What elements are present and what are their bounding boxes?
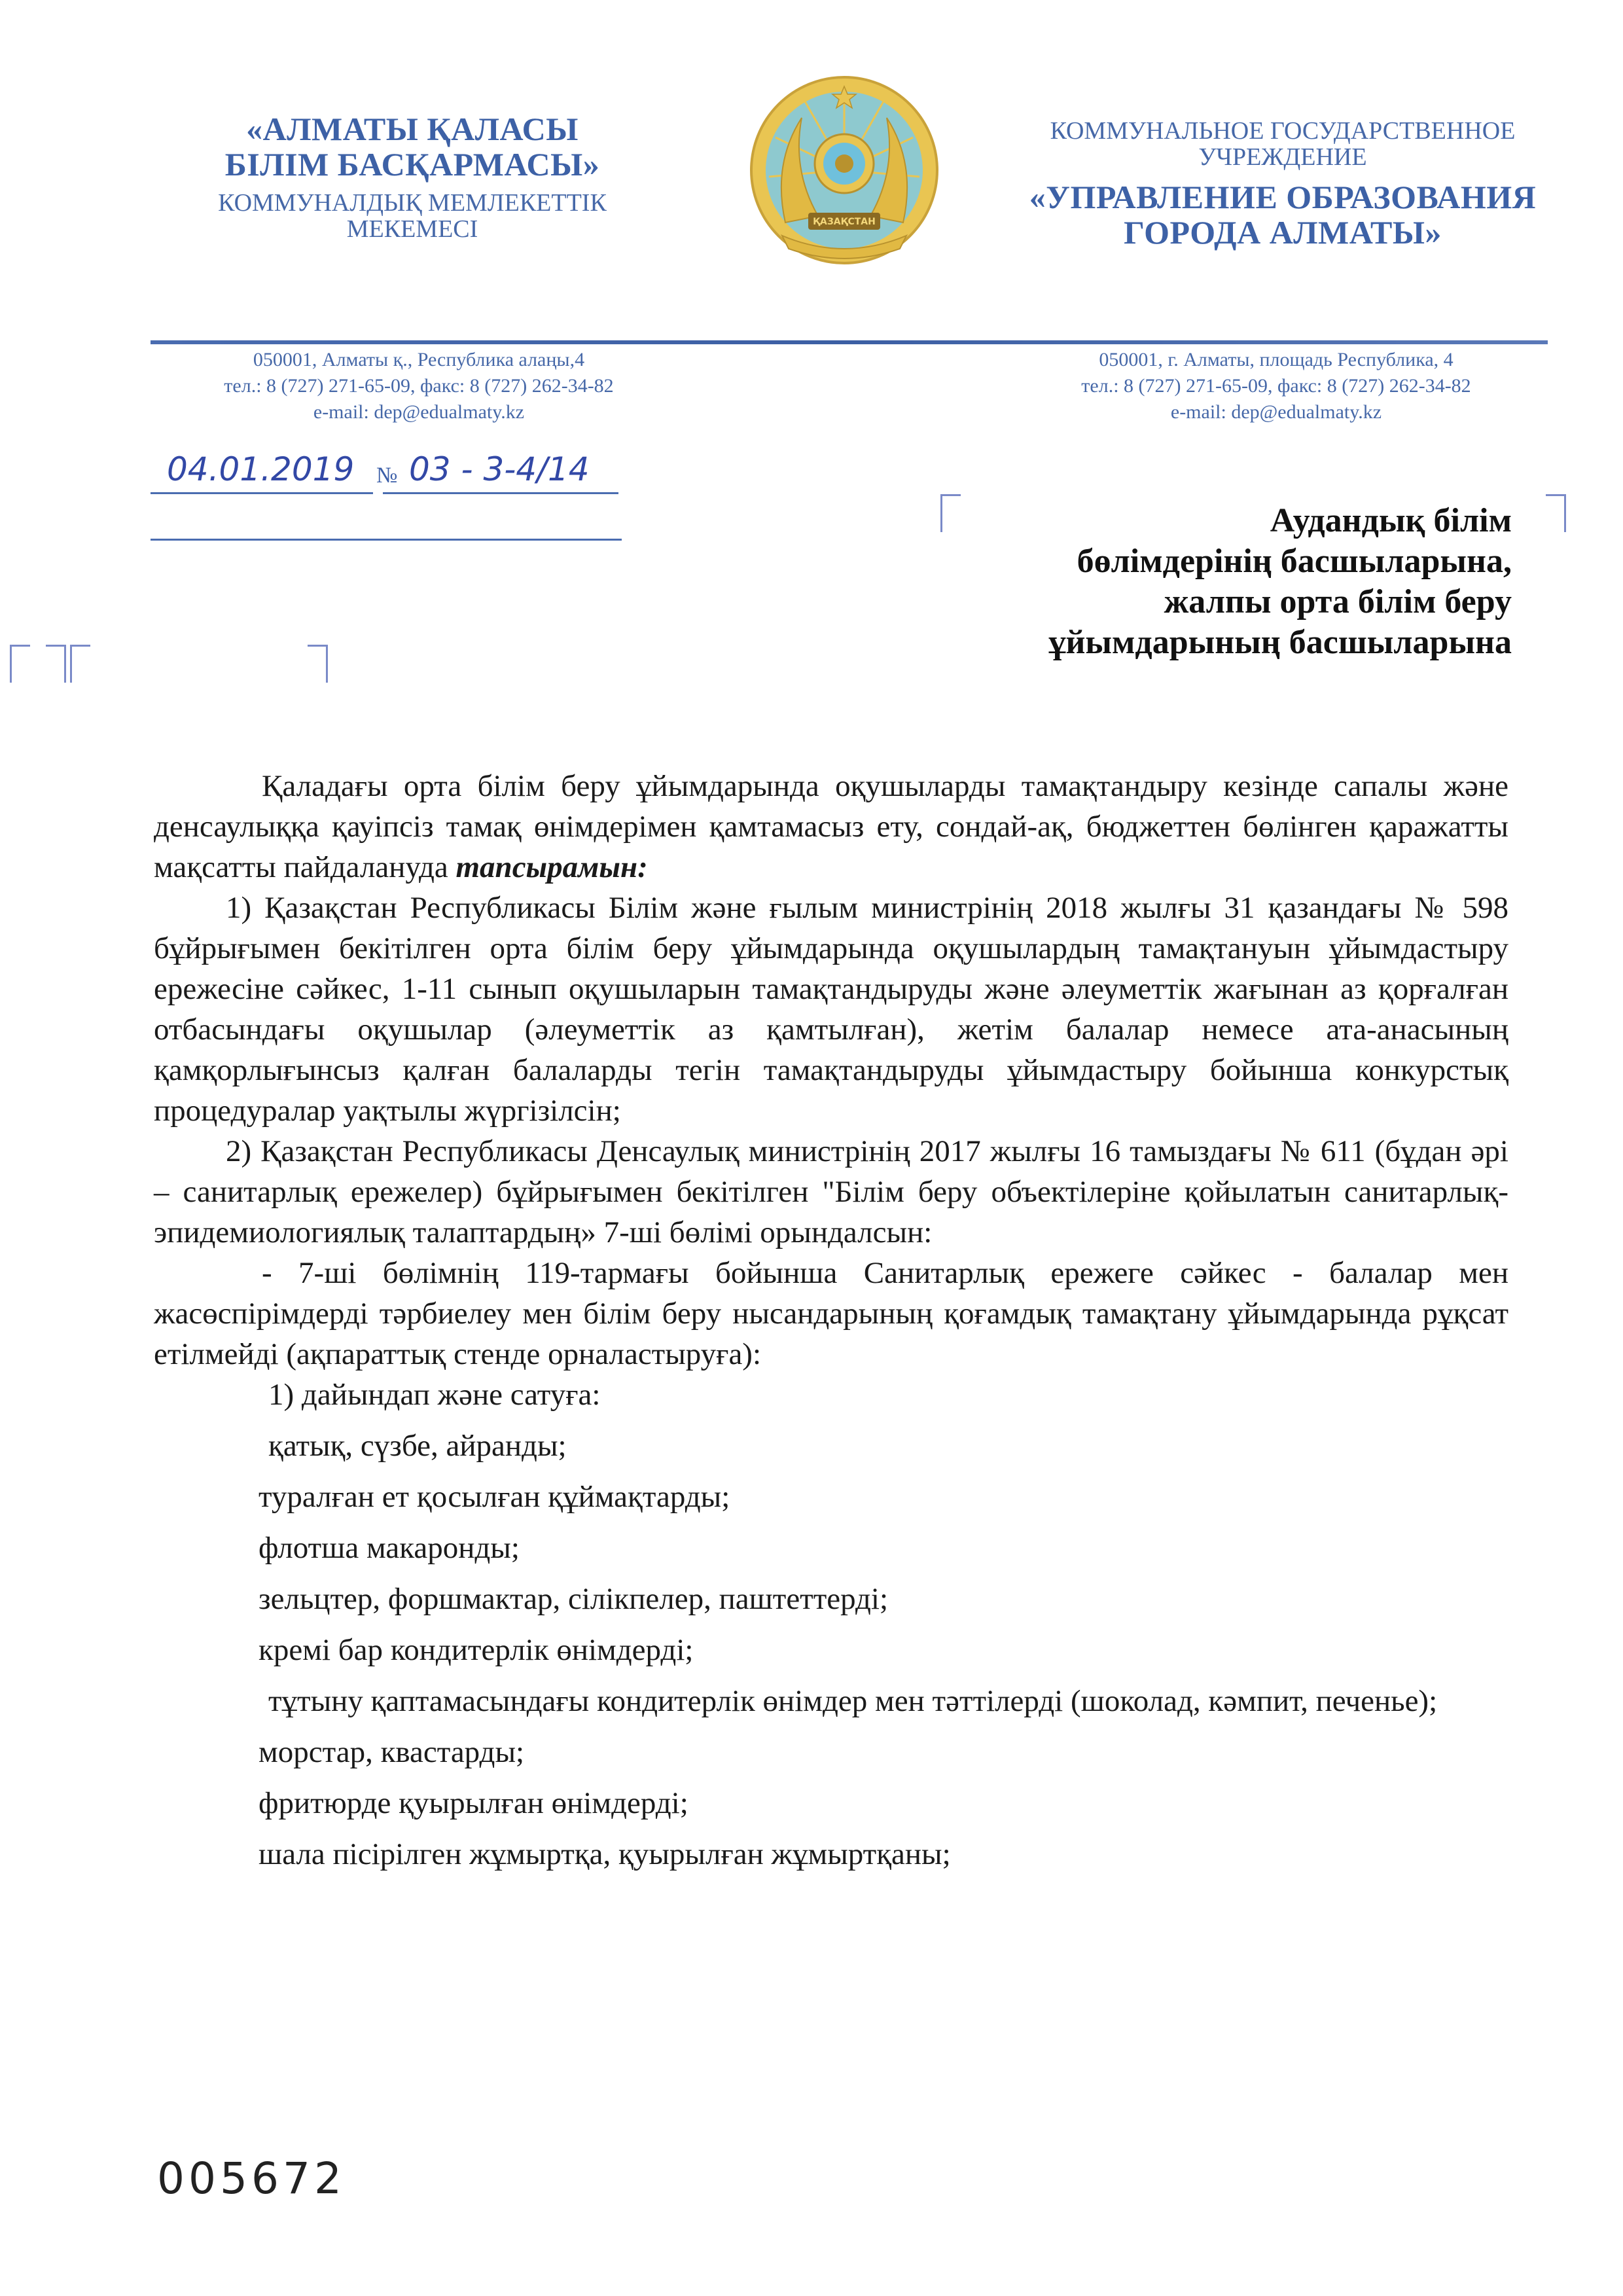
corner-mark bbox=[308, 645, 328, 683]
email-kz: e-mail: dep@edualmaty.kz bbox=[151, 399, 687, 425]
addressee-block: Аудандық білім бөлімдерінің басшыларына,… bbox=[923, 501, 1512, 663]
org-type-ru-line2: УЧРЕЖДЕНИЕ bbox=[995, 144, 1571, 170]
org-name-ru-line2: ГОРОДА АЛМАТЫ» bbox=[995, 215, 1571, 250]
prohibited-item: туралған ет қосылған құймақтарды; bbox=[154, 1477, 1508, 1517]
org-name-kz-line1: «АЛМАТЫ ҚАЛАСЫ bbox=[151, 111, 674, 147]
org-type-ru-line1: КОММУНАЛЬНОЕ ГОСУДАРСТВЕННОЕ bbox=[995, 118, 1571, 144]
intro-emphasis: тапсырамын: bbox=[456, 850, 648, 884]
item-2-paragraph: 2) Қазақстан Республикасы Денсаулық мини… bbox=[154, 1131, 1508, 1253]
document-serial-number: 005672 bbox=[157, 2153, 346, 2204]
addressee-line: Аудандық білім bbox=[923, 501, 1512, 541]
prohibited-item: флотша макаронды; bbox=[154, 1528, 1508, 1568]
corner-mark bbox=[70, 645, 90, 683]
org-name-ru-line1: «УПРАВЛЕНИЕ ОБРАЗОВАНИЯ bbox=[995, 179, 1571, 215]
email-ru: e-mail: dep@edualmaty.kz bbox=[982, 399, 1571, 425]
svg-text:ҚАЗАҚСТАН: ҚАЗАҚСТАН bbox=[813, 217, 876, 227]
registration-number: 03 - 3-4/14 bbox=[409, 450, 590, 488]
item-1-paragraph: 1) Қазақстан Республикасы Білім және ғыл… bbox=[154, 888, 1508, 1131]
prohibited-item: қатық, сүзбе, айранды; bbox=[154, 1426, 1508, 1466]
letterhead-left: «АЛМАТЫ ҚАЛАСЫ БІЛІМ БАСҚАРМАСЫ» КОММУНА… bbox=[151, 111, 674, 242]
address-kz: 050001, Алматы қ., Республика алаңы,4 bbox=[151, 347, 687, 373]
letter-body: Қаладағы орта білім беру ұйымдарында оқу… bbox=[154, 766, 1508, 1885]
phone-fax-kz: тел.: 8 (727) 271-65-09, факс: 8 (727) 2… bbox=[151, 373, 687, 399]
number-sign: № bbox=[376, 463, 397, 488]
blank-underline bbox=[151, 539, 622, 541]
prohibited-item: шала пісірілген жұмыртқа, қуырылған жұмы… bbox=[154, 1834, 1508, 1874]
corner-mark bbox=[1546, 494, 1566, 532]
address-block-kz: 050001, Алматы қ., Республика алаңы,4 те… bbox=[151, 347, 687, 425]
phone-fax-ru: тел.: 8 (727) 271-65-09, факс: 8 (727) 2… bbox=[982, 373, 1571, 399]
org-name-kz-line2: БІЛІМ БАСҚАРМАСЫ» bbox=[151, 147, 674, 182]
intro-paragraph: Қаладағы орта білім беру ұйымдарында оқу… bbox=[154, 766, 1508, 888]
addressee-line: бөлімдерінің басшыларына, bbox=[923, 541, 1512, 582]
letterhead-divider bbox=[151, 340, 1548, 344]
letterhead-right: КОММУНАЛЬНОЕ ГОСУДАРСТВЕННОЕ УЧРЕЖДЕНИЕ … bbox=[995, 118, 1571, 250]
org-type-kz-line1: КОММУНАЛДЫҚ МЕМЛЕКЕТТІК bbox=[151, 190, 674, 216]
address-block-ru: 050001, г. Алматы, площадь Республика, 4… bbox=[982, 347, 1571, 425]
addressee-line: ұйымдарының басшыларына bbox=[923, 622, 1512, 663]
kazakhstan-state-emblem-icon: ҚАЗАҚСТАН bbox=[746, 72, 942, 268]
prohibited-item: зельцтер, форшмактар, сілікпелер, паштет… bbox=[154, 1579, 1508, 1619]
address-ru: 050001, г. Алматы, площадь Республика, 4 bbox=[982, 347, 1571, 373]
date-underline bbox=[151, 492, 373, 494]
prohibited-item: тұтыну қаптамасындағы кондитерлік өнімде… bbox=[154, 1681, 1508, 1721]
prohibited-item: морстар, квастарды; bbox=[154, 1732, 1508, 1772]
sub-item-paragraph: - 7-ші бөлімнің 119-тармағы бойынша Сани… bbox=[154, 1253, 1508, 1374]
addressee-line: жалпы орта білім беру bbox=[923, 582, 1512, 622]
corner-mark bbox=[46, 645, 66, 683]
list-heading: 1) дайындап және сатуға: bbox=[154, 1374, 1508, 1415]
prohibited-item: фритюрде қуырылған өнімдерді; bbox=[154, 1783, 1508, 1823]
registration-date: 04.01.2019 bbox=[167, 450, 354, 488]
corner-mark bbox=[10, 645, 30, 683]
org-type-kz-line2: МЕКЕМЕСІ bbox=[151, 216, 674, 242]
prohibited-item: кремі бар кондитерлік өнімдерді; bbox=[154, 1630, 1508, 1670]
number-underline bbox=[383, 492, 618, 494]
